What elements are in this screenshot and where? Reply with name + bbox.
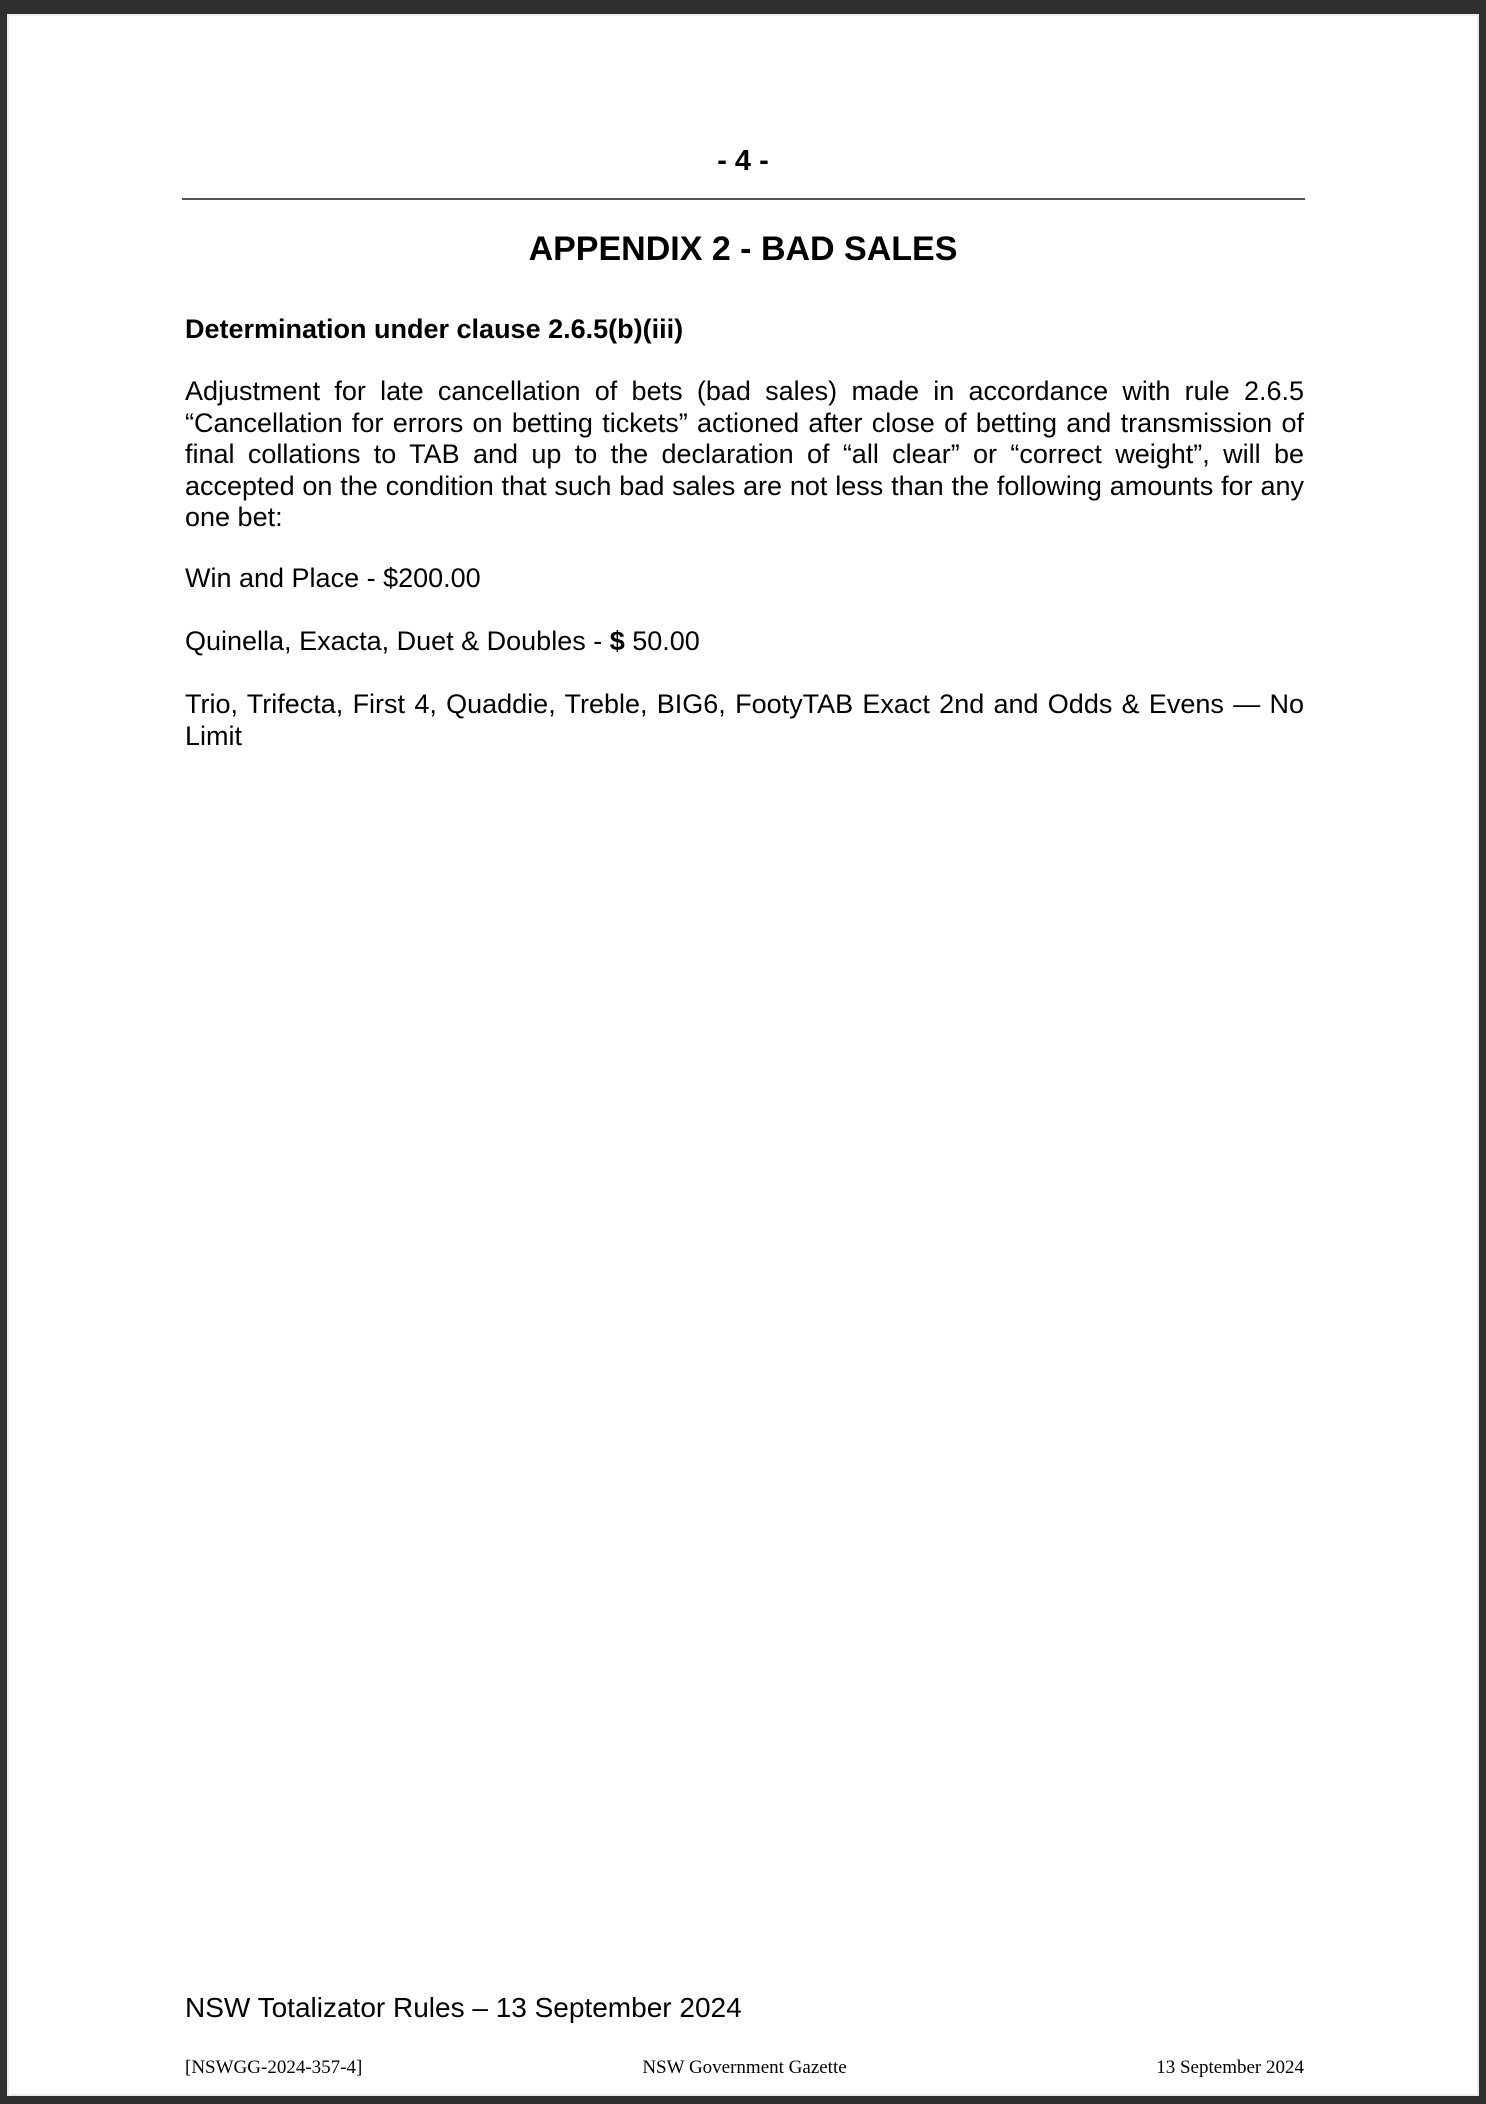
section-subheading: Determination under clause 2.6.5(b)(iii) (185, 314, 683, 345)
header-divider (182, 198, 1305, 200)
body-paragraph: Adjustment for late cancellation of bets… (185, 376, 1304, 534)
amount-label: Trio, Trifecta, First 4, Quaddie, Treble… (185, 689, 1304, 751)
gazette-footer: [NSWGG-2024-357-4] NSW Government Gazett… (185, 2057, 1304, 2079)
amount-label: Win and Place - (185, 563, 383, 593)
page-title: APPENDIX 2 - BAD SALES (7, 230, 1479, 269)
gazette-date: 13 September 2024 (931, 2057, 1304, 2079)
amount-value: 50.00 (625, 626, 700, 656)
amount-win-place: Win and Place - $200.00 (185, 563, 1304, 595)
document-footer-title: NSW Totalizator Rules – 13 September 202… (185, 1992, 742, 2024)
amount-quinella-exacta: Quinella, Exacta, Duet & Doubles - $ 50.… (185, 626, 1304, 658)
amount-dollar-sign: $ (610, 626, 625, 656)
amount-value: $200.00 (383, 563, 481, 593)
gazette-reference: [NSWGG-2024-357-4] (185, 2057, 558, 2079)
document-page: - 4 - APPENDIX 2 - BAD SALES Determinati… (7, 14, 1479, 2096)
page-number: - 4 - (7, 145, 1479, 178)
gazette-publication: NSW Government Gazette (558, 2057, 931, 2079)
amount-label: Quinella, Exacta, Duet & Doubles - (185, 626, 610, 656)
amount-no-limit: Trio, Trifecta, First 4, Quaddie, Treble… (185, 689, 1304, 752)
